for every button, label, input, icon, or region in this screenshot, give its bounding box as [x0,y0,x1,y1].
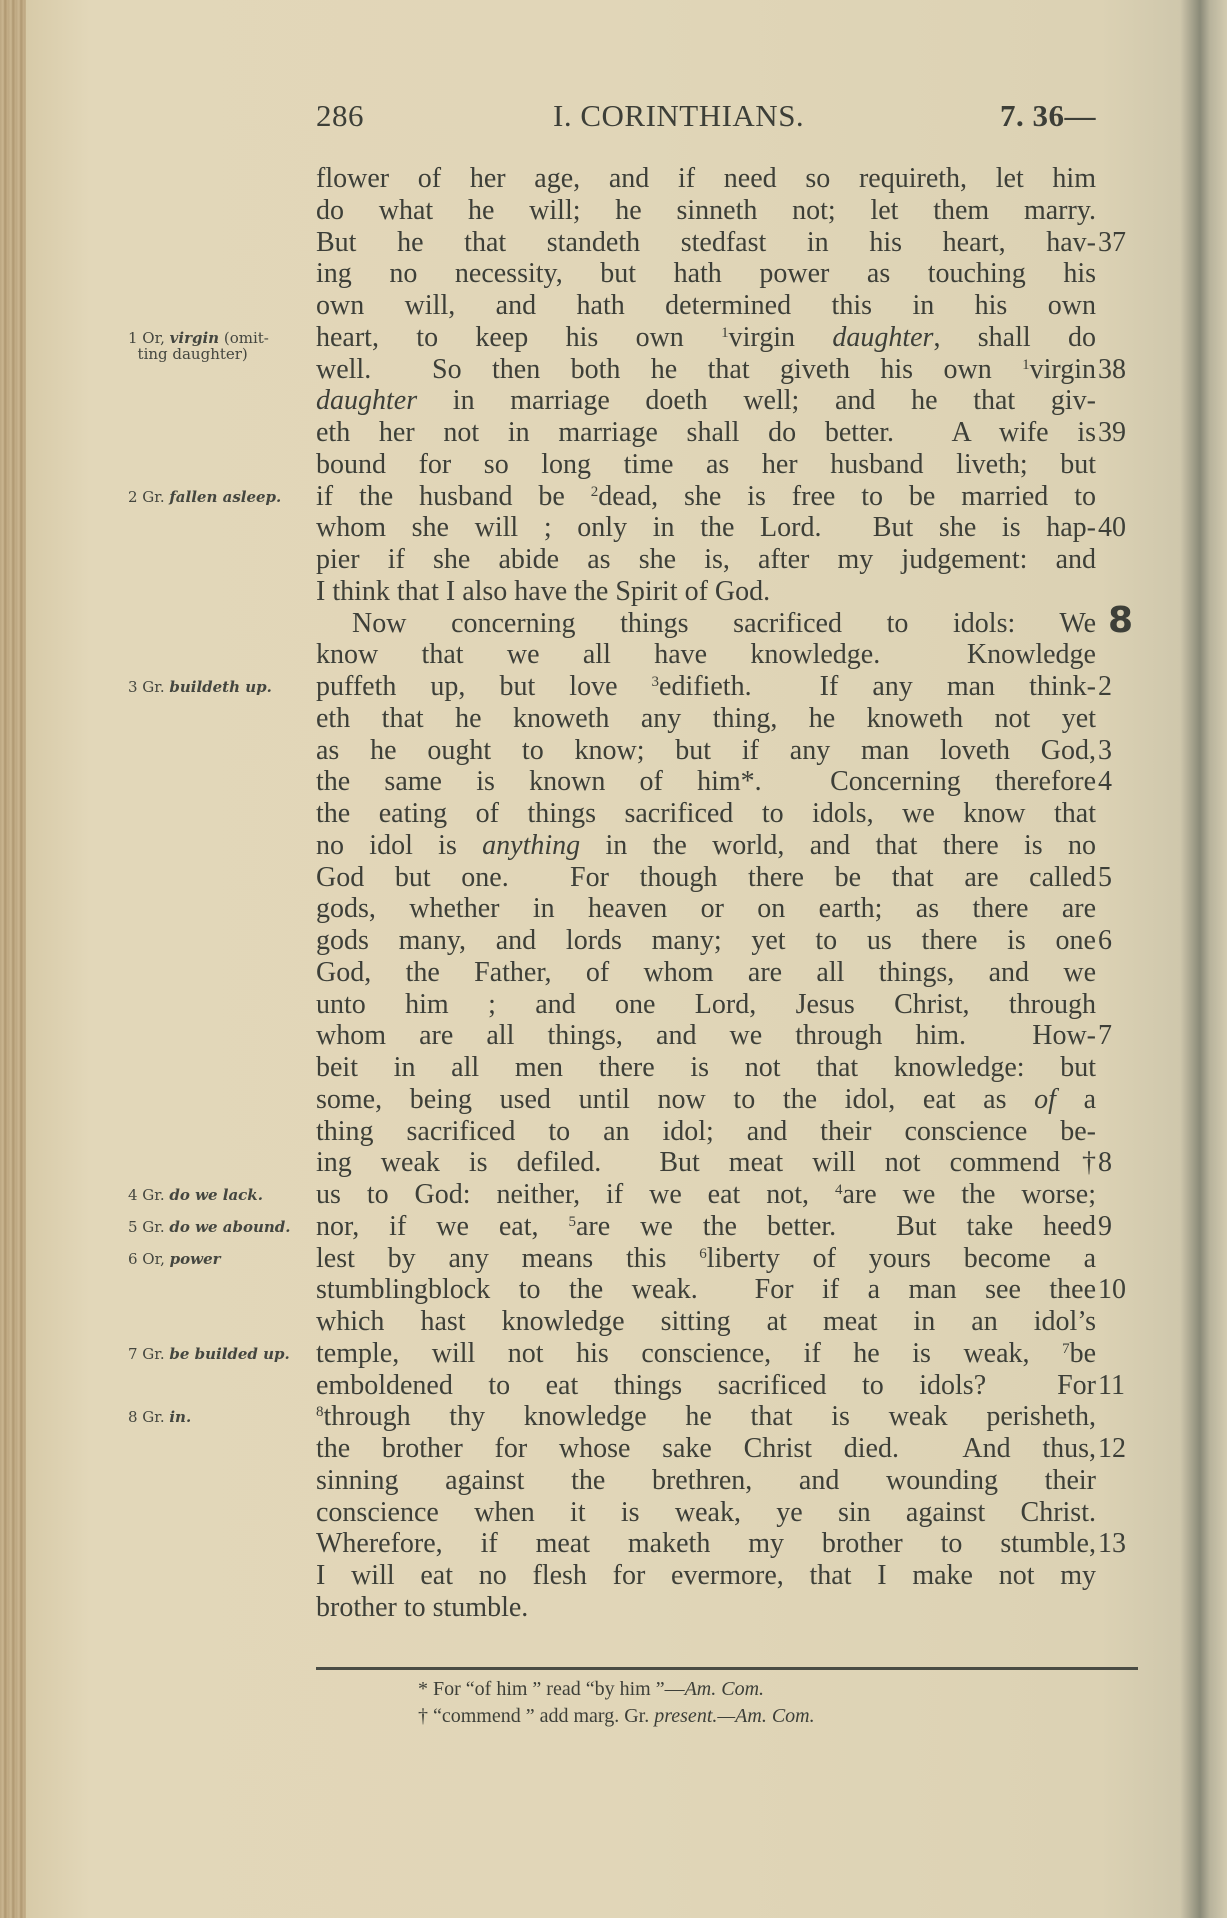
text-line: eth that he knoweth any thing, he knowet… [316,703,1096,735]
text-line: unto him ; and one Lord, Jesus Christ, t… [316,989,1096,1021]
book-spine-edge [0,0,26,1918]
book-page: 286 I. CORINTHIANS. 7. 36— flower of her… [0,0,1227,1918]
text-line: daughter in marriage doeth well; and he … [316,385,1096,417]
text-line: thing sacrificed to an idol; and their c… [316,1116,1096,1148]
verse-number: 10 [1098,1274,1126,1306]
verse-number: 4 [1098,766,1112,798]
footnotes: * For “of him ” read “by him ”—Am. Com.†… [418,1676,815,1730]
text-line: whom she will ; only in the Lord. But sh… [316,512,1096,544]
text-line: God, the Father, of whom are all things,… [316,957,1096,989]
text-line: the brother for whose sake Christ died. … [316,1433,1096,1465]
text-line: pier if she abide as she is, after my ju… [316,544,1096,576]
text-line: I think that I also have the Spirit of G… [316,576,1096,608]
verse-number: 39 [1098,417,1126,449]
text-line: temple, will not his conscience, if he i… [316,1338,1096,1370]
margin-note: 3 Gr. buildeth up. [128,679,318,695]
text-line: if the husband be 2dead, she is free to … [316,481,1096,513]
chapter-verse-reference: 7. 36— [1000,98,1096,134]
text-line: emboldened to eat things sacrificed to i… [316,1370,1096,1402]
verse-number: 5 [1098,862,1112,894]
margin-note: 2 Gr. fallen asleep. [128,489,318,505]
chapter-number: 8 [1108,605,1133,637]
text-line: conscience when it is weak, ye sin again… [316,1497,1096,1529]
running-head: 286 I. CORINTHIANS. 7. 36— [316,98,1096,138]
margin-note: 4 Gr. do we lack. [128,1187,318,1203]
text-line: as he ought to know; but if any man love… [316,735,1096,767]
text-line: well. So then both he that giveth his ow… [316,354,1096,386]
text-line: But he that standeth stedfast in his hea… [316,227,1096,259]
verse-number: 9 [1098,1211,1112,1243]
margin-note: 7 Gr. be builded up. [128,1346,318,1362]
text-line: own will, and hath determined this in hi… [316,290,1096,322]
verse-number: 7 [1098,1020,1112,1052]
text-line: lest by any means this 6liberty of yours… [316,1243,1096,1275]
verse-number: 6 [1098,925,1112,957]
text-line: Now concerning things sacrificed to idol… [316,608,1096,640]
text-line: no idol is anything in the world, and th… [316,830,1096,862]
text-line: ing no necessity, but hath power as touc… [316,258,1096,290]
margin-note: 1 Or, virgin (omit- ting daughter) [128,330,318,362]
verse-number: 13 [1098,1528,1126,1560]
text-line: stumblingblock to the weak. For if a man… [316,1274,1096,1306]
text-line: some, being used until now to the idol, … [316,1084,1096,1116]
verse-number: 12 [1098,1433,1126,1465]
text-line: ing weak is defiled. But meat will not c… [316,1147,1096,1179]
text-line: gods many, and lords many; yet to us the… [316,925,1096,957]
verse-number: 37 [1098,227,1126,259]
text-line: God but one. For though there be that ar… [316,862,1096,894]
text-line: the eating of things sacrificed to idols… [316,798,1096,830]
margin-note: 8 Gr. in. [128,1409,318,1425]
text-line: beit in all men there is not that knowle… [316,1052,1096,1084]
verse-number: 3 [1098,735,1112,767]
verse-number: 38 [1098,354,1126,386]
text-line: whom are all things, and we through him.… [316,1020,1096,1052]
text-line: flower of her age, and if need so requir… [316,163,1096,195]
text-line: the same is known of him*. Concerning th… [316,766,1096,798]
verse-number: 40 [1098,512,1126,544]
footnote-separator-rule [316,1667,1138,1670]
text-line: 8through thy knowledge he that is weak p… [316,1401,1096,1433]
text-line: puffeth up, but love 3edifieth. If any m… [316,671,1096,703]
text-line: us to God: neither, if we eat not, 4are … [316,1179,1096,1211]
margin-note: 6 Or, power [128,1251,318,1267]
text-line: nor, if we eat, 5are we the better. But … [316,1211,1096,1243]
text-line: know that we all have knowledge. Knowled… [316,639,1096,671]
margin-note: 5 Gr. do we abound. [128,1219,318,1235]
text-line: bound for so long time as her husband li… [316,449,1096,481]
text-line: brother to stumble. [316,1592,1096,1624]
footnote: † “commend ” add marg. Gr. present.—Am. … [418,1703,815,1730]
verse-number: 2 [1098,671,1112,703]
verse-number: 11 [1098,1370,1125,1402]
text-line: which hast knowledge sitting at meat in … [316,1306,1096,1338]
scripture-body-text: flower of her age, and if need so requir… [316,163,1096,1624]
text-line: heart, to keep his own 1virgin daughter,… [316,322,1096,354]
text-line: gods, whether in heaven or on earth; as … [316,893,1096,925]
page-number: 286 [316,98,364,134]
footnote: * For “of him ” read “by him ”—Am. Com. [418,1676,815,1703]
text-line: I will eat no flesh for evermore, that I… [316,1560,1096,1592]
book-title: I. CORINTHIANS. [553,98,804,134]
text-line: eth her not in marriage shall do better.… [316,417,1096,449]
verse-number: 8 [1098,1147,1112,1179]
text-line: sinning against the brethren, and woundi… [316,1465,1096,1497]
text-line: Wherefore, if meat maketh my brother to … [316,1528,1096,1560]
text-line: do what he will; he sinneth not; let the… [316,195,1096,227]
